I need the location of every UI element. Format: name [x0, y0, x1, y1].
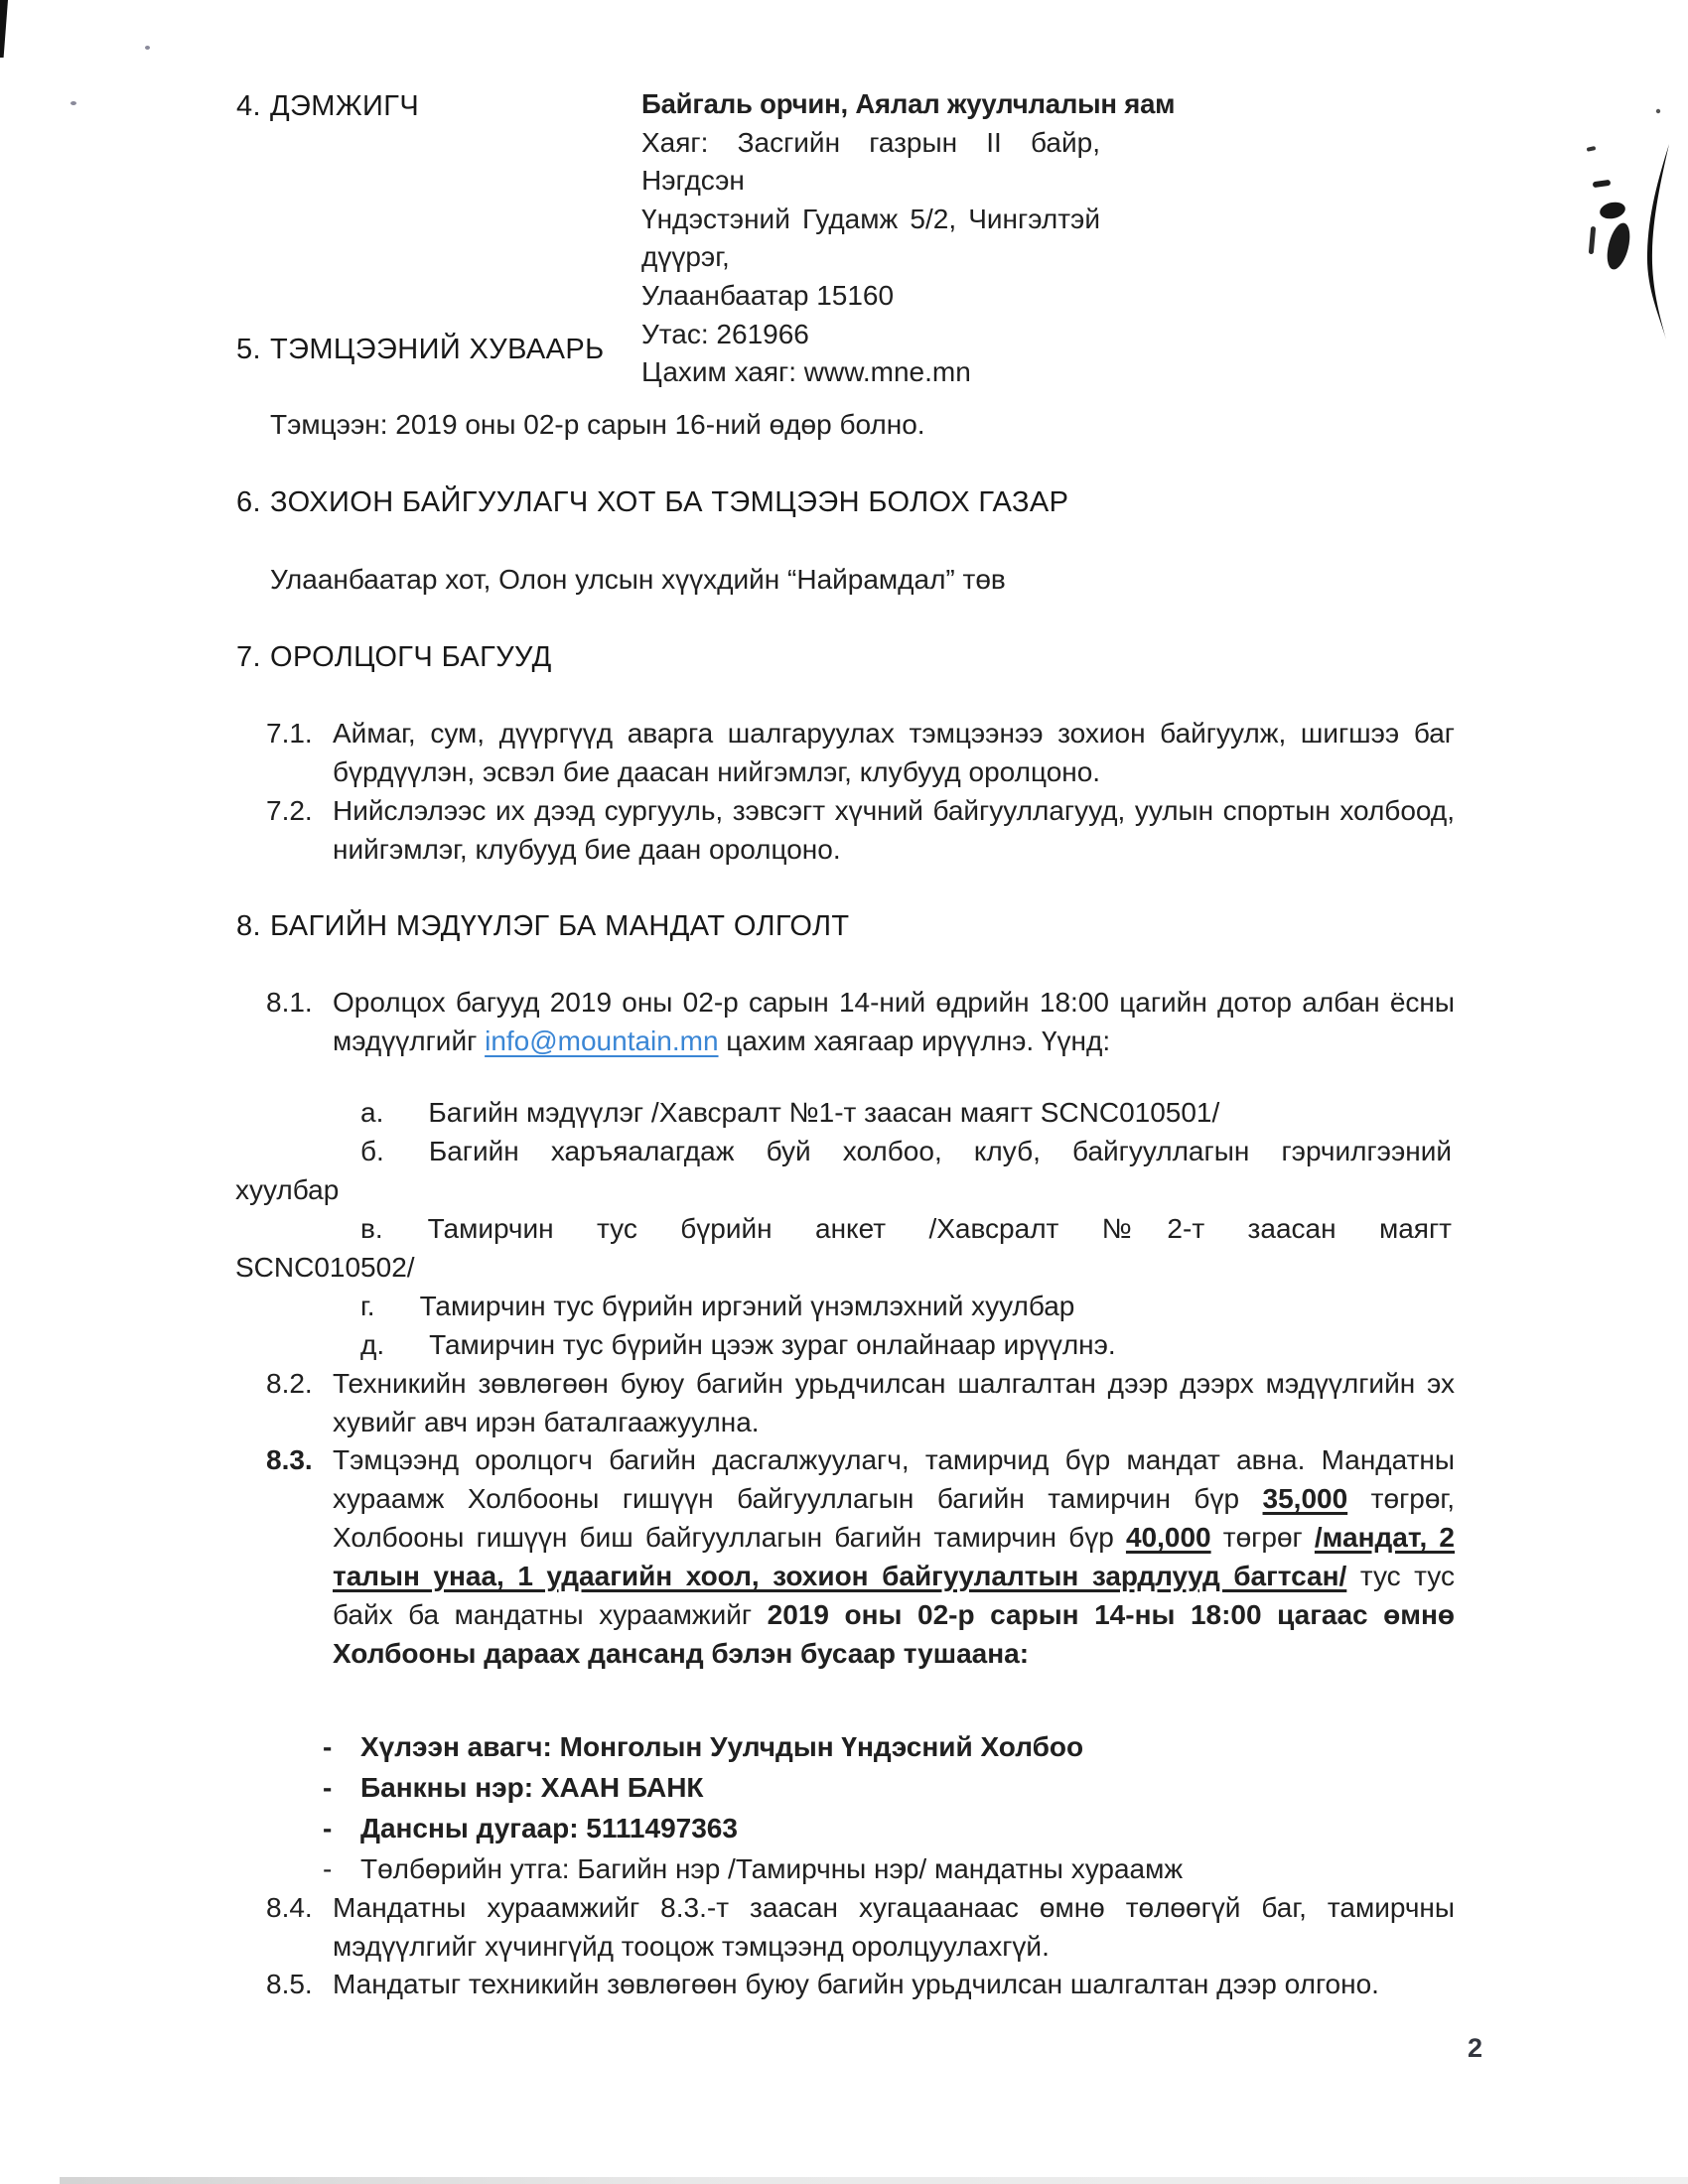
fee-text: төгрөг: [1211, 1522, 1315, 1553]
item-8-2: 8.2. Техникийн зөвлөгөөн буюу багийн урь…: [266, 1364, 1455, 1441]
venue-text: Улаанбаатар хот, Олон улсын хүүхдийн “На…: [270, 560, 1006, 599]
scan-speck: [70, 101, 76, 105]
address-line: Үндэстэний Гудамж 5/2, Чингэлтэй дүүрэг,: [641, 201, 1100, 277]
scan-speck: [145, 46, 150, 50]
dash-bullet: -: [323, 1848, 332, 1889]
supporter-address-block: Байгаль орчин, Аялал жуулчлалын яам Хаяг…: [641, 85, 1100, 392]
item-number: 8.2.: [266, 1364, 313, 1403]
payment-description: -Төлбөрийн утга: Багийн нэр /Тамирчны нэ…: [323, 1848, 1460, 1889]
section6-title: ЗОХИОН БАЙГУУЛАГЧ ХОТ БА ТЭМЦЭЭН БОЛОХ Г…: [270, 486, 1068, 518]
section5-title: ТЭМЦЭЭНИЙ ХУВААРЬ: [270, 334, 605, 365]
section8-heading: 8.БАГИЙН МЭДҮҮЛЭГ БА МАНДАТ ОЛГОЛТ: [236, 907, 850, 946]
item-number: 8.4.: [266, 1888, 313, 1927]
item-8-1: 8.1. Оролцох багууд 2019 оны 02-р сарын …: [266, 983, 1455, 1060]
item-number: 8.3.: [266, 1440, 313, 1479]
item-8-5: 8.5. Мандатыг техникийн зөвлөгөөн буюу б…: [266, 1965, 1455, 2003]
item-8-4: 8.4. Мандатны хураамжийг 8.3.-т заасан х…: [266, 1888, 1455, 1966]
item-text: Оролцох багууд 2019 оны 02-р сарын 14-ни…: [333, 983, 1455, 1060]
item-number: 7.1.: [266, 714, 313, 752]
scan-bottom-edge: [60, 2177, 1688, 2184]
item-letter: в.: [360, 1213, 383, 1244]
bank-recipient: -Хүлээн авагч: Монголын Уулчдын Үндэсний…: [323, 1726, 1460, 1767]
page-number: 2: [1468, 2029, 1482, 2068]
bank-name: -Банкны нэр: ХААН БАНК: [323, 1767, 1460, 1808]
item-8-3: 8.3. Тэмцээнд оролцогч багийн дасгалжуул…: [266, 1440, 1455, 1673]
section6-heading: 6.ЗОХИОН БАЙГУУЛАГЧ ХОТ БА ТЭМЦЭЭН БОЛОХ…: [236, 483, 1068, 522]
item-text: Нийслэлээс их дээд сургууль, зэвсэгт хүч…: [333, 791, 1455, 869]
item-number: 8.5.: [266, 1965, 313, 2003]
list-item-g: г.Тамирчин тус бүрийн иргэний үнэмлэхний…: [235, 1287, 1452, 1325]
bullet-text: Банкны нэр: ХААН БАНК: [360, 1772, 704, 1803]
bullet-text: Хүлээн авагч: Монголын Уулчдын Үндэсний …: [360, 1731, 1083, 1762]
item-text: Техникийн зөвлөгөөн буюу багийн урьдчилс…: [333, 1364, 1455, 1441]
section5-number: 5.: [236, 331, 270, 369]
dash-bullet: -: [323, 1767, 332, 1808]
item-text: Аймаг, сум, дүүргүүд аварга шалгаруулах …: [333, 714, 1455, 791]
required-documents-list: а.Багийн мэдүүлэг /Хавсралт №1-т заасан …: [235, 1093, 1452, 1364]
item-letter: а.: [360, 1097, 383, 1128]
item-text: Багийн харъяалагдаж буй холбоо, клуб, ба…: [429, 1136, 1452, 1166]
bullet-text: Төлбөрийн утга: Багийн нэр /Тамирчны нэр…: [360, 1853, 1183, 1884]
section6-number: 6.: [236, 483, 270, 522]
item-letter: б.: [360, 1136, 384, 1166]
email-link[interactable]: info@mountain.mn: [485, 1025, 718, 1056]
item-text: Тэмцээнд оролцогч багийн дасгалжуулагч, …: [333, 1440, 1455, 1673]
item-text: Мандатны хураамжийг 8.3.-т заасан хугаца…: [333, 1888, 1455, 1966]
scan-edge-artifact: [0, 0, 8, 58]
list-item-d: д.Тамирчин тус бүрийн цээж зураг онлайна…: [235, 1325, 1452, 1364]
dash-bullet: -: [323, 1808, 332, 1848]
section4-title: ДЭМЖИГЧ: [270, 90, 419, 122]
org-name: Байгаль орчин, Аялал жуулчлалын яам: [641, 85, 1100, 124]
section4-heading: 4.ДЭМЖИГЧ: [236, 87, 419, 126]
item-number: 7.2.: [266, 791, 313, 830]
dash-bullet: -: [323, 1726, 332, 1767]
section8-number: 8.: [236, 907, 270, 946]
scan-artifact-marks: [1549, 89, 1688, 387]
item-text: Тамирчин тус бүрийн анкет /Хавсралт №2-т…: [428, 1213, 1452, 1244]
item-text: Багийн мэдүүлэг /Хавсралт №1-т заасан ма…: [428, 1097, 1219, 1128]
address-line: Хаяг: Засгийн газрын II байр, Нэгдсэн: [641, 124, 1100, 201]
nonmember-fee-amount: 40,000: [1126, 1522, 1211, 1553]
section4-number: 4.: [236, 87, 270, 126]
bullet-text: Дансны дугаар: 5111497363: [360, 1813, 738, 1843]
item-text: Тамирчин тус бүрийн иргэний үнэмлэхний х…: [420, 1291, 1075, 1321]
competition-date: Тэмцээн: 2019 оны 02-р сарын 16-ний өдөр…: [270, 405, 925, 444]
item-text-after-link: цахим хаягаар ирүүлнэ. Үүнд:: [719, 1025, 1111, 1056]
website-line: Цахим хаяг: www.mne.mn: [641, 353, 1100, 392]
list-item-a: а.Багийн мэдүүлэг /Хавсралт №1-т заасан …: [235, 1093, 1452, 1132]
phone-line: Утас: 261966: [641, 316, 1100, 354]
item-7-1: 7.1. Аймаг, сум, дүүргүүд аварга шалгару…: [266, 714, 1455, 791]
item-text: Мандатыг техникийн зөвлөгөөн буюу багийн…: [333, 1965, 1455, 2003]
section8-title: БАГИЙН МЭДҮҮЛЭГ БА МАНДАТ ОЛГОЛТ: [270, 910, 850, 942]
item-letter: д.: [360, 1329, 384, 1360]
item-number: 8.1.: [266, 983, 313, 1022]
item-letter: г.: [360, 1291, 375, 1321]
section5-heading: 5.ТЭМЦЭЭНИЙ ХУВААРЬ: [236, 331, 605, 369]
list-item-b: б.Багийн харъяалагдаж буй холбоо, клуб, …: [235, 1132, 1452, 1209]
list-item-v: в.Тамирчин тус бүрийн анкет /Хавсралт №2…: [235, 1209, 1452, 1287]
section7-number: 7.: [236, 638, 270, 677]
item-7-2: 7.2. Нийслэлээс их дээд сургууль, зэвсэг…: [266, 791, 1455, 869]
item-text: Тамирчин тус бүрийн цээж зураг онлайнаар…: [429, 1329, 1116, 1360]
section7-title: ОРОЛЦОГЧ БАГУУД: [270, 641, 552, 673]
member-fee-amount: 35,000: [1263, 1483, 1348, 1514]
bank-account-number: -Дансны дугаар: 5111497363: [323, 1808, 1460, 1848]
item-text-continuation: хуулбар: [235, 1170, 1452, 1209]
bank-details-list: -Хүлээн авагч: Монголын Уулчдын Үндэсний…: [323, 1726, 1460, 1889]
scanned-document-page: 4.ДЭМЖИГЧ Байгаль орчин, Аялал жуулчлалы…: [0, 0, 1688, 2184]
item-text-continuation: SCNC010502/: [235, 1248, 1452, 1287]
address-line: Улаанбаатар 15160: [641, 277, 1100, 316]
section7-heading: 7.ОРОЛЦОГЧ БАГУУД: [236, 638, 552, 677]
